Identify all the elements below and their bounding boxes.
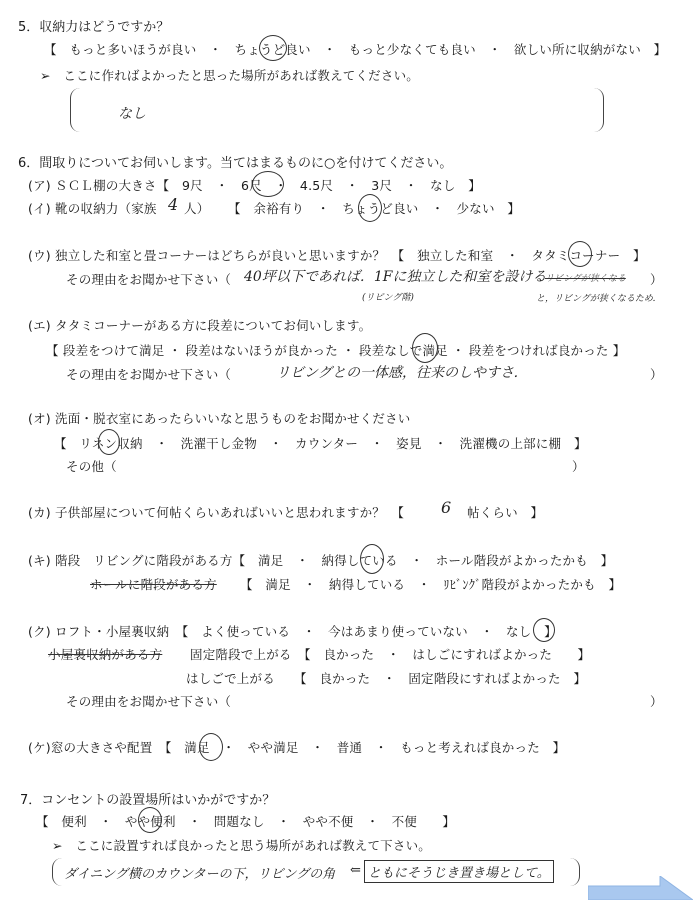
q7-answer-arrow: ⇐ bbox=[350, 863, 361, 878]
q6-e-line: (エ) タタミコーナーがある方に段差についてお伺いします。 bbox=[28, 316, 371, 334]
q6-ki-row2-struck: ホールに階段がある方 bbox=[90, 575, 217, 593]
q6-ku-reason-close: ） bbox=[650, 692, 663, 710]
next-page-arrow-icon[interactable] bbox=[588, 876, 693, 900]
q6-i-label: (イ) 靴の収納力（家族 bbox=[28, 199, 157, 217]
q6-o-other-label: その他（ bbox=[66, 457, 117, 475]
q6-ki-row2-options: 【 満足 ・ 納得している ・ ﾘﾋﾞﾝｸﾞ階段がよかったかも 】 bbox=[240, 575, 621, 593]
q7-sub-prompt: ➢ ここに設置すれば良かったと思う場所があれば教えて下さい。 bbox=[52, 836, 431, 854]
q6-ku-row2-struck: 小屋裏収納がある方 bbox=[48, 645, 162, 663]
q6-u-reason-struck: リビングが狭くなる bbox=[545, 271, 626, 284]
q6-u-reason-label: その理由をお聞かせ下さい（ bbox=[66, 270, 231, 288]
q6-u-note-under: (リビング階) bbox=[362, 290, 414, 303]
q5-sub-prompt: ➢ ここに作ればよかったと思った場所があれば教えてください。 bbox=[40, 66, 419, 84]
q7-answer: ダイニング横のカウンターの下，リビングの角 bbox=[64, 863, 335, 882]
q6-ke-line: (ケ)窓の大きさや配置 【 満足 ・ やや満足 ・ 普通 ・ もっと考えれば良か… bbox=[28, 738, 565, 756]
q6-ka-answer: 6 bbox=[441, 498, 451, 517]
q6-ka-unit: 帖くらい 】 bbox=[467, 503, 543, 521]
q7-title: 7．コンセントの設置場所はいかがですか？ bbox=[20, 789, 275, 808]
q5-answer-box[interactable] bbox=[70, 88, 604, 132]
q6-ku-line: (ク) ロフト・小屋裏収納 【 よく使っている ・ 今はあまり使っていない ・ … bbox=[28, 622, 557, 640]
q7-options: 【 便利 ・ やや便利 ・ 問題なし ・ やや不便 ・ 不便 】 bbox=[36, 812, 455, 830]
q6-u-line: (ウ) 独立した和室と畳コーナーはどちらが良いと思いますか？ 【 独立した和室 … bbox=[28, 246, 646, 264]
q6-e-reason-answer: リビングとの一体感，往来のしやすさ． bbox=[276, 362, 527, 382]
q6-u-reason-close: ） bbox=[650, 270, 663, 288]
q6-i-label-end: 人） bbox=[184, 199, 209, 217]
q6-e-reason-label: その理由をお聞かせ下さい（ bbox=[66, 365, 231, 383]
q6-ki-line: (キ) 階段 リビングに階段がある方【 満足 ・ 納得している ・ ホール階段が… bbox=[28, 551, 613, 569]
q6-ku-row2: 固定階段で上がる 【 良かった ・ はしごにすればよかった 】 bbox=[190, 645, 590, 663]
q6-i-options: 【 余裕有り ・ ちょうど良い ・ 少ない 】 bbox=[228, 199, 520, 217]
q6-o-line: (オ) 洗面・脱衣室にあったらいいなと思うものをお聞かせください bbox=[28, 409, 411, 427]
q6-title: 6．間取りについてお伺いします。当てはまるものに○を付けてください。 bbox=[18, 152, 452, 171]
q6-ku-row3: はしごで上がる 【 良かった ・ 固定階段にすればよかった 】 bbox=[186, 669, 586, 687]
q6-e-options: 【 段差をつけて満足 ・ 段差はないほうが良かった ・ 段差なしで満足 ・ 段差… bbox=[46, 341, 626, 359]
q6-u-note-right: と，リビングが狭くなるため． bbox=[536, 291, 661, 304]
q5-title: 5．収納力はどうですか？ bbox=[18, 16, 169, 35]
q5-answer: なし bbox=[118, 103, 146, 123]
q6-u-reason-answer: 40坪以下であれば．1Fに独立した和室を設ける bbox=[244, 266, 546, 286]
q7-answer-boxed: ともにそうじき置き場として。 bbox=[364, 860, 554, 883]
q6-o-other-close: ） bbox=[572, 457, 585, 475]
q6-ka-line: (カ) 子供部屋について何帖くらいあればいいと思われますか？ 【 bbox=[28, 503, 404, 521]
q6-ku-reason-label: その理由をお聞かせ下さい（ bbox=[66, 692, 231, 710]
q6-o-options: 【 リネン収納 ・ 洗濯干し金物 ・ カウンター ・ 姿見 ・ 洗濯機の上部に棚… bbox=[54, 434, 587, 452]
q6-e-reason-close: ） bbox=[650, 365, 663, 383]
q6-i-family-count: 4 bbox=[168, 195, 178, 214]
q5-options: 【 もっと多いほうが良い ・ ちょうど良い ・ もっと少なくても良い ・ 欲しい… bbox=[44, 40, 666, 58]
q6-a-line: (ア) ＳＣＬ棚の大きさ【 9尺 ・ 6尺 ・ 4.5尺 ・ 3尺 ・ なし 】 bbox=[28, 176, 481, 194]
